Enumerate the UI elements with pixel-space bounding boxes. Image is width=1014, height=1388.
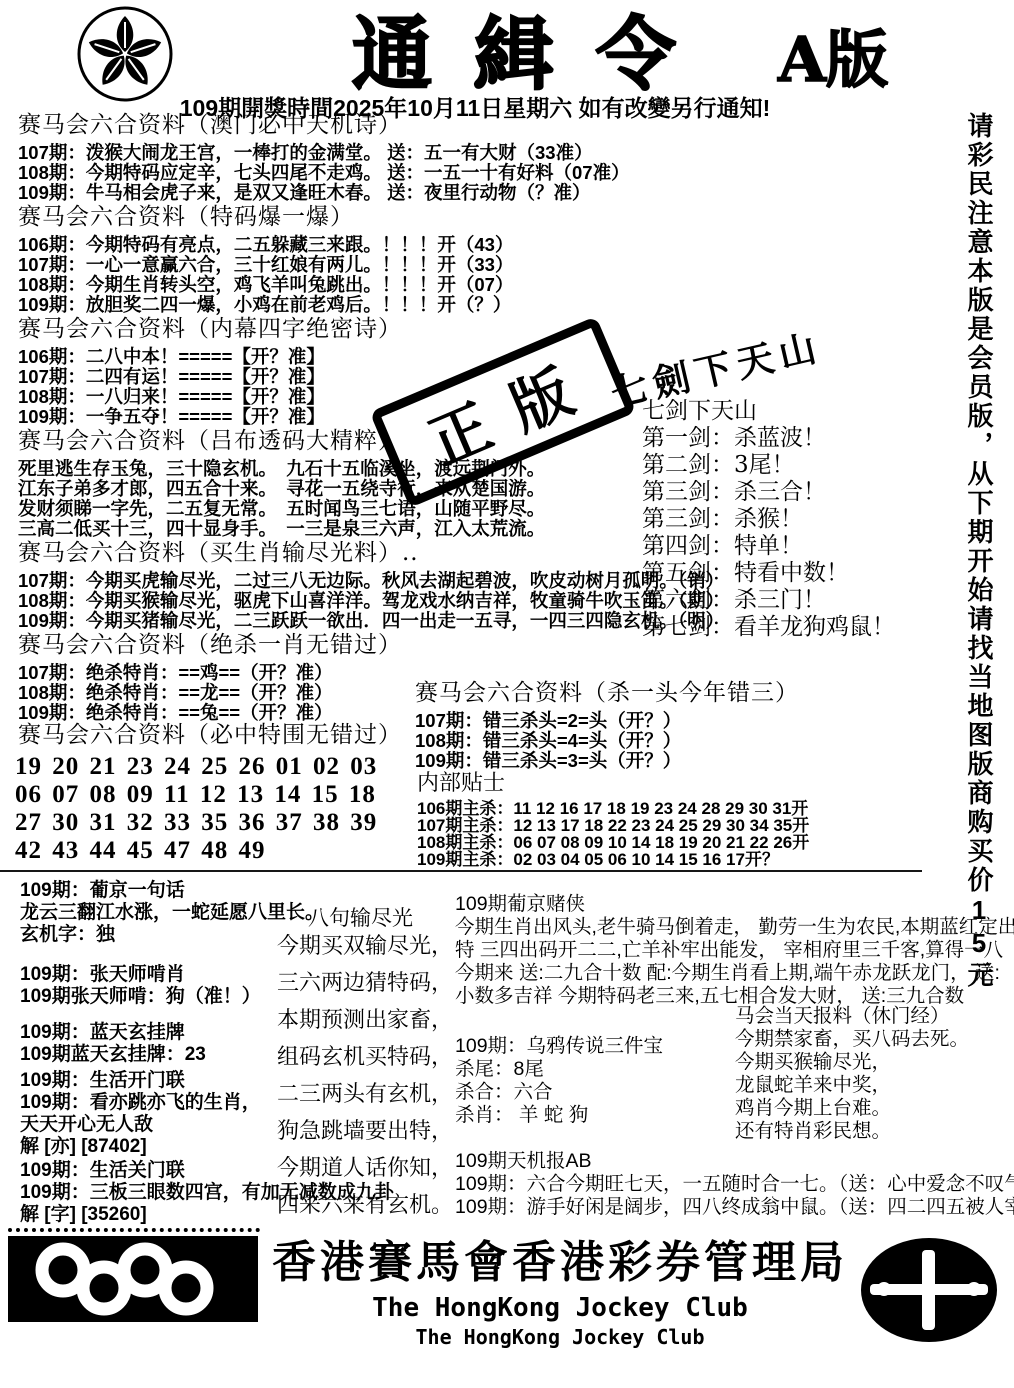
block-line: 还有特肖彩民想。 [735,1120,969,1143]
section-juesha: 赛马会六合资料（绝杀一肖无错过） 107期：绝杀特肖：==鸡==（开？准） 10… [18,632,402,723]
number-row: 27 30 31 32 33 35 36 37 38 39 [15,809,402,837]
section-line: 107期：绝杀特肖：==鸡==（开？准） [18,663,402,683]
section-bao: 赛马会六合资料（特码爆一爆） 106期：今期特码有亮点，二五躲藏三来跟。！！！开… [18,204,513,315]
block-title: 109期：葡京一句话 [20,880,324,902]
section-line: 106期：二八中本！=====【开？准】 [18,347,402,367]
section-heading: 赛马会六合资料（特码爆一爆） [18,204,513,230]
block-line: 今期买猴输尽光， [735,1051,969,1074]
section-line: 108期主杀：06 07 08 09 10 14 18 19 20 21 22 … [417,834,809,851]
section-line: 107期：二四有运！=====【开？准】 [18,367,402,387]
block-line: 龙云三翻江水涨，一蛇延愿八里长。 [20,902,324,924]
section-heading: 赛马会六合资料（澳门必中天机诗） [18,112,630,138]
seven-swords-line: 第五剑：特看中数！ [642,560,895,587]
section-heading: 赛马会六合资料（绝杀一肖无错过） [18,632,402,658]
block-line: 杀合：六合 [455,1081,663,1104]
section-heading: 赛马会六合资料（必中特围无错过） [18,722,402,748]
block-line: 鸡肖今期上台难。 [735,1097,969,1120]
seven-swords-list: 七剑下天山 第一剑：杀蓝波！ 第二剑：3尾！ 第三剑：杀三合！ 第三剑：杀猴！ … [642,398,895,641]
poem-line: 三六两边猜特码， [277,965,453,1002]
block-title: 马会当天报料（休门经） [735,1005,969,1028]
section-heading: 赛马会六合资料（杀一头今年错三） [415,680,799,706]
section-line: 109期：牛马相会虎子来，是双又逢旺木春。 送：夜里行动物（？准） [18,183,630,203]
section-shuru: 赛马会六合资料（买生肖输尽光料）.. 107期：今期买虎输尽光，二过三八无边际。… [18,540,724,631]
footer-cn-title: 香港賽馬會香港彩券管理局 [250,1238,870,1288]
block-line: 109期：游手好闲是阔步，四八终成翁中鼠。（送：四二四五被人宰） [455,1196,1014,1219]
tip-sheet-page: 通緝令 A版 109期開獎時間2025年10月11日星期六 如有改變另行通知! … [0,0,1014,1388]
section-line: 109期：一争五夺！=====【开？准】 [18,407,402,427]
block-title: 109期：乌鸦传说三件宝 [455,1035,663,1058]
poem-line: 本期预测出家畜， [277,1002,453,1039]
section-heading: 内部贴士 [417,772,809,796]
block-wuya: 109期：乌鸦传说三件宝 杀尾：8尾 杀合：六合 杀肖： 羊 蛇 狗 [455,1035,663,1127]
block-line: 109期蓝天玄挂牌：23 [20,1044,206,1066]
seven-swords-heading: 七剑下天山 [642,398,895,425]
footer-text: 香港賽馬會香港彩券管理局 The HongKong Jockey Club Th… [250,1238,870,1350]
block-line: 解 [亦] [87402] [20,1136,261,1158]
block-line: 109期张天师啃：狗（准！） [20,986,261,1008]
section-line: 108期：错三杀头=4=头（开？） [415,731,799,751]
section-line: 107期：错三杀头=2=头（开？） [415,711,799,731]
section-line: 108期：绝杀特肖：==龙==（开？准） [18,683,402,703]
poem-line: 今期买双输尽光， [277,928,453,965]
block-title: 109期葡京赌侠 [455,893,1014,916]
block-line: 109期：张天师啃肖 [20,964,261,986]
section-shatou: 赛马会六合资料（杀一头今年错三） 107期：错三杀头=2=头（开？） 108期：… [415,680,799,771]
block-line: 109期：六合今期旺七天，一五随时合一七。（送：心中爱念不叹气） [455,1173,1014,1196]
block-tianji: 109期天机报AB 109期：六合今期旺七天，一五随时合一七。（送：心中爱念不叹… [455,1150,1014,1219]
block-line: 今期禁家畜，买八码去死。 [735,1028,969,1051]
section-line: 106期：今期特码有亮点，二五躲藏三来跟。！！！开（43） [18,235,513,255]
poem-line: 组码玄机买特码， [277,1039,453,1076]
block-line: 109期：看亦跳亦飞的生肖， [20,1092,261,1114]
bauhinia-flower-icon [75,4,175,104]
block-line: 109期：生活开门联 [20,1070,261,1092]
section-line: 106期主杀：11 12 16 17 18 19 23 24 28 29 30 … [417,800,809,817]
section-tewei: 赛马会六合资料（必中特围无错过） 19 20 21 23 24 25 26 01… [15,722,402,865]
section-aomen: 赛马会六合资料（澳门必中天机诗） 107期：泼猴大闹龙王宫，一棒打的金满堂。 送… [18,112,630,203]
section-heading: 赛马会六合资料（买生肖输尽光料）.. [18,540,724,566]
footer-en-title: The HongKong Jockey Club [250,1292,870,1324]
block-line: 特 三四出码开二二,亡羊补牢出能发， 宰相府里三千客,算得一八 [455,939,1014,962]
section-neimu: 赛马会六合资料（内幕四字绝密诗） 106期：二八中本！=====【开？准】 10… [18,316,402,427]
block-duxia: 109期葡京赌侠 今期生肖出风头,老牛骑马倒着走， 勤劳一生为农民,本期蓝红定出… [455,893,1014,1008]
section-line: 109期：绝杀特肖：==兔==（开？准） [18,703,402,723]
section-line: 107期：一心一意赢六合，三十红娘有两儿。！！！开（33） [18,255,513,275]
block-zhangtianshi: 109期：张天师啃肖 109期张天师啃：狗（准！） [20,964,261,1008]
header: 通緝令 A版 [300,8,940,100]
section-line: 109期：错三杀头=3=头（开？） [415,751,799,771]
section-line: 109期主杀：02 03 04 05 06 10 14 15 16 17开？ [417,851,809,868]
section-line: 发财须睇一字先，二五复无常。 五时闻鸟三七语，山随平野尽。 [18,499,545,519]
block-baju-poem: 今期买双输尽光， 三六两边猜特码， 本期预测出家畜， 组码玄机买特码， 二三两头… [277,928,453,1224]
block-line: 109期：蓝天玄挂牌 [20,1022,206,1044]
section-line: 107期：泼猴大闹龙王宫，一棒打的金满堂。 送：五一有大财（33准） [18,143,630,163]
section-line: 107期：今期买虎输尽光，二过三八无边际。秋风去湖起碧波，吹皮动树月孤明。（销） [18,571,724,591]
number-row: 19 20 21 23 24 25 26 01 02 03 [15,753,402,781]
poem-line: 今期道人话你知， [277,1150,453,1187]
section-line: 108期：今期买猴输尽光，驱虎下山喜洋洋。驾龙戏水纳吉祥，牧童骑牛吹玉笛。（期） [18,591,724,611]
section-line: 108期：一八归来！=====【开？准】 [18,387,402,407]
dotted-divider [8,1228,260,1232]
block-line: 杀尾：8尾 [455,1058,663,1081]
block-mahui: 马会当天报料（休门经） 今期禁家畜，买八码去死。 今期买猴输尽光， 龙鼠蛇羊来中… [735,1005,969,1143]
number-row: 42 43 44 45 47 48 49 [15,837,402,865]
number-row: 06 07 08 09 11 12 13 14 15 18 [15,781,402,809]
seven-swords-line: 第六剑：杀三门！ [642,587,895,614]
seven-swords-line: 第四剑：特单！ [642,533,895,560]
block-line: 今期来 送:二九合十数 配:今期生肖看上期,端午赤龙跃龙门， 送: [455,962,1014,985]
seven-swords-line: 第三剑：杀猴！ [642,506,895,533]
seven-swords-line: 第二剑：3尾！ [642,452,895,479]
seven-swords-line: 第七剑：看羊龙狗鸡鼠！ [642,614,895,641]
block-kaimenlian: 109期：生活开门联 109期：看亦跳亦飞的生肖， 天天开心无人敌 解 [亦] … [20,1070,261,1158]
member-note-vertical: 请彩民注意本版是会员版，从下期开始请找当地图版商购买价15元 [961,112,998,866]
jockey-club-seal-icon [856,1234,1002,1346]
footer-en-subtitle: The HongKong Jockey Club [250,1324,870,1350]
page-title: 通緝令 [352,8,718,100]
seven-swords-line: 第三剑：杀三合！ [642,479,895,506]
block-title: 109期天机报AB [455,1150,1014,1173]
section-line: 108期：今期生肖转头空，鸡飞羊叫兔跳出。！！！开（07） [18,275,513,295]
poem-line: 四来六来有玄机。 [277,1187,453,1224]
section-line: 109期：今期买猪输尽光，二三跃跃一欲出．四一出走一五寻，一四三四隐玄机。（明） [18,611,724,631]
poem-line: 狗急跳墙要出特， [277,1113,453,1150]
poem-line: 二三两头有玄机， [277,1076,453,1113]
section-neibu: 内部贴士 106期主杀：11 12 16 17 18 19 23 24 28 2… [417,772,809,868]
seven-swords-line: 第一剑：杀蓝波！ [642,425,895,452]
edition-label: A版 [778,20,888,100]
block-line: 杀肖： 羊 蛇 狗 [455,1104,663,1127]
section-line: 三高二低买十三，四十显身手。 一三是泉三六声，江入太荒流。 [18,519,545,539]
block-line: 天天开心无人敌 [20,1114,261,1136]
section-line: 107期主杀：12 13 17 18 22 23 24 25 29 30 34 … [417,817,809,834]
horizontal-divider [0,870,922,872]
section-line: 109期：放胆奖二四一爆，小鸡在前老鸡后。！！！开（？） [18,295,513,315]
block-lantian: 109期：蓝天玄挂牌 109期蓝天玄挂牌：23 [20,1022,206,1066]
section-heading: 赛马会六合资料（内幕四字绝密诗） [18,316,402,342]
section-line: 108期：今期特码应定辛，七头四尾不走鸡。 送：一五一十有好料（07准） [18,163,630,183]
hkjc-rings-logo-icon [8,1236,258,1322]
block-line: 龙鼠蛇羊来中奖， [735,1074,969,1097]
block-line: 今期生肖出风头,老牛骑马倒着走， 勤劳一生为农民,本期蓝红定出 [455,916,1014,939]
